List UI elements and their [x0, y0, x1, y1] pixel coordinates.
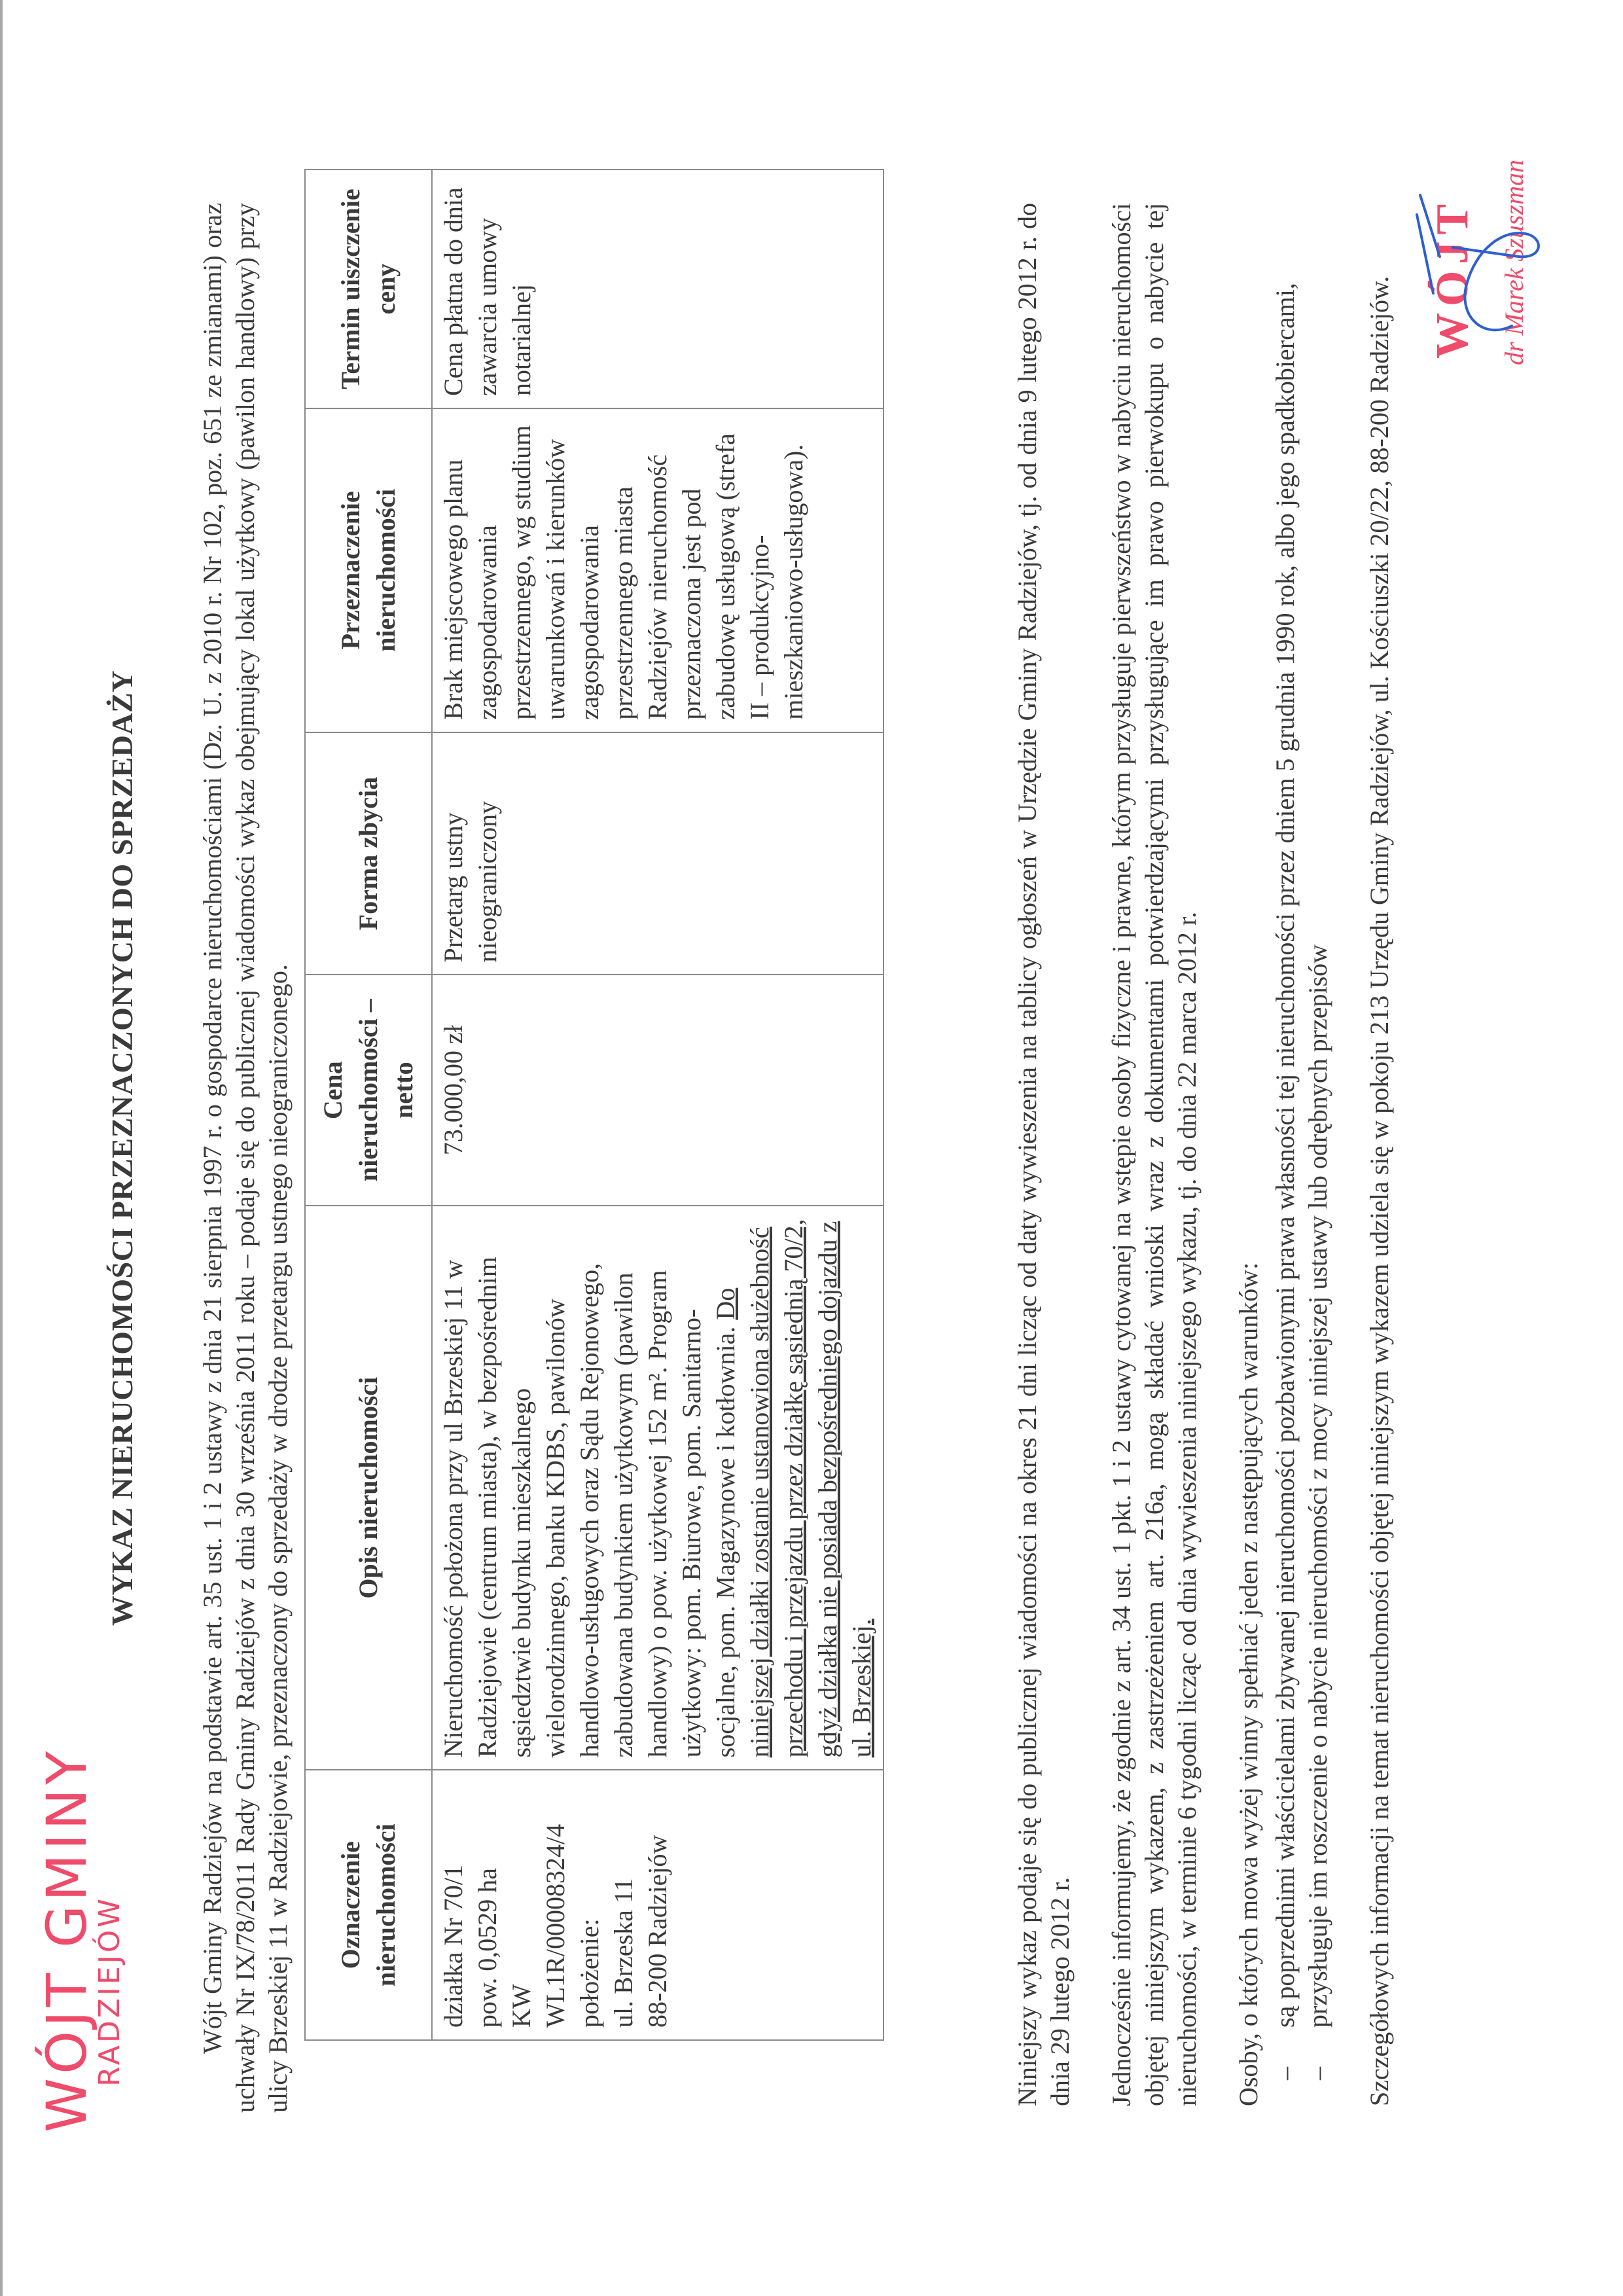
condition-item: – są poprzednimi właścicielami zbywanej … [1269, 203, 1302, 2106]
header-forma: Forma zbycia [305, 732, 432, 975]
header-termin: Termin uiszczenie ceny [305, 170, 432, 408]
signature-block: WÓJT dr Marek Szuszman [1414, 136, 1571, 411]
condition-text: są poprzednimi właścicielami zbywanej ni… [1270, 283, 1300, 2028]
cell-oznaczenie: działka Nr 70/1 pow. 0,0529 ha KW WL1R/0… [432, 1770, 883, 2040]
property-table: Oznaczenie nieruchomości Opis nieruchomo… [304, 169, 884, 2041]
cell-termin: Cena płatna do dnia zawarcia umowy notar… [432, 170, 883, 408]
notes-section: Niniejszy wykaz podaje się do publicznej… [1011, 203, 1425, 2106]
cell-przeznaczenie: Brak miejscowego planu zagospodarowania … [432, 408, 883, 732]
header-oznaczenie: Oznaczenie nieruchomości [305, 1770, 432, 2040]
publication-paragraph: Niniejszy wykaz podaje się do publicznej… [1011, 203, 1077, 2106]
cell-cena: 73.000,00 zł [432, 975, 883, 1206]
land-register: KW WL1R/00008324/4 [505, 1782, 573, 2028]
document-page: WÓJT GMINY RADZIEJÓW WYKAZ NIERUCHOMOŚCI… [0, 0, 1623, 2296]
postal-city: 88-200 Radziejów [641, 1782, 675, 2028]
dash-bullet-icon: – [1302, 2067, 1334, 2080]
intro-paragraph: Wójt Gminy Radziejów na podstawie art. 3… [196, 203, 294, 2113]
document-title: WYKAZ NIERUCHOMOŚCI PRZEZNACZONYCH DO SP… [105, 0, 139, 2296]
header-przeznaczenie: Przeznaczenie nieruchomości [305, 408, 432, 732]
street-address: ul. Brzeska 11 [607, 1782, 641, 2028]
cell-forma: Przetarg ustny nieograniczony [432, 732, 883, 975]
cell-opis: Nieruchomość położona przy ul Brzeskiej … [432, 1206, 883, 1770]
conditions-list: – są poprzednimi właścicielami zbywanej … [1269, 203, 1334, 2106]
conditions-intro: Osoby, o których mowa wyżej winny spełni… [1232, 203, 1265, 2106]
location-label: położenie: [573, 1782, 607, 2028]
condition-text: przysługuje im roszczenie o nabycie nier… [1303, 944, 1332, 2028]
handwritten-signature-icon [1414, 136, 1571, 411]
header-opis: Opis nieruchomości [305, 1206, 432, 1770]
plot-number: działka Nr 70/1 [437, 1782, 471, 2028]
dash-bullet-icon: – [1269, 2067, 1302, 2080]
office-stamp-line1: WÓJT GMINY [39, 1748, 94, 2132]
table-header-row: Oznaczenie nieruchomości Opis nieruchomo… [305, 170, 432, 2040]
plot-area: pow. 0,0529 ha [471, 1782, 505, 2028]
header-cena: Cena nieruchomości – netto [305, 975, 432, 1206]
description-text: Nieruchomość położona przy ul Brzeskiej … [438, 1257, 740, 1757]
priority-paragraph: Jednocześnie informujemy, że zgodnie z a… [1105, 203, 1204, 2106]
contact-paragraph: Szczegółowych informacji na temat nieruc… [1363, 203, 1396, 2106]
condition-item: – przysługuje im roszczenie o nabycie ni… [1302, 203, 1334, 2106]
table-row: działka Nr 70/1 pow. 0,0529 ha KW WL1R/0… [432, 170, 883, 2040]
